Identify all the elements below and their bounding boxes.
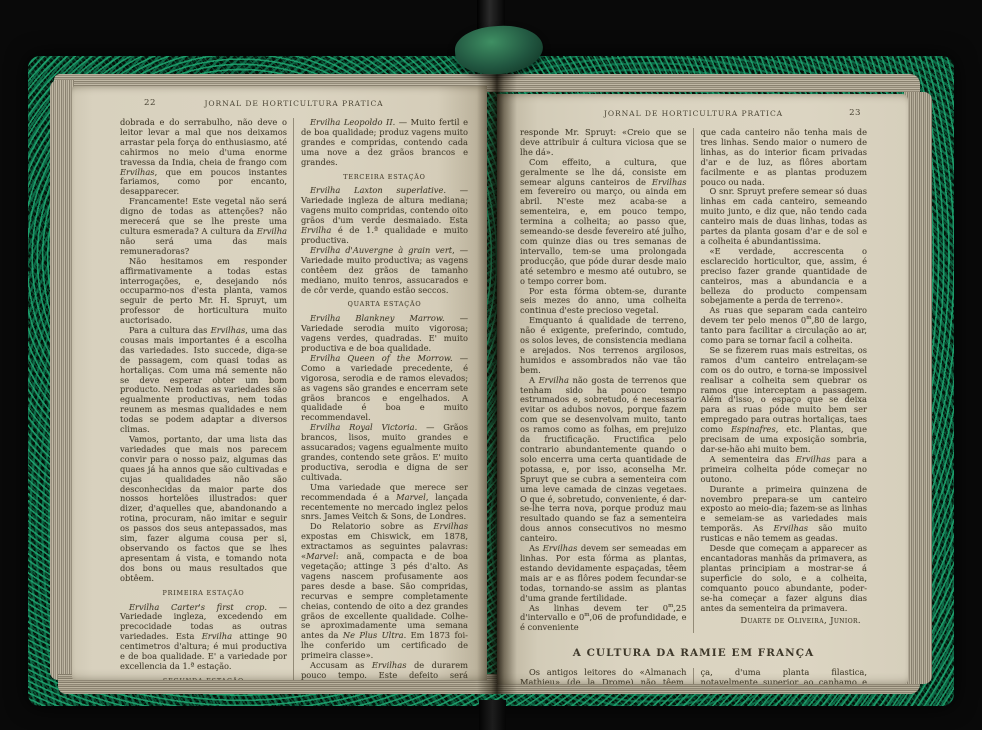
paragraph: As linhas devem ter 0m,25 d'intervallo e… xyxy=(520,604,687,634)
paragraph: Emquanto á qualidade de terreno, não é e… xyxy=(520,316,687,375)
book-photo-scene: 22 JORNAL DE HORTICULTURA PRATICA dobrad… xyxy=(0,0,982,730)
second-article: A CULTURA DA RAMIE EM FRANÇA Os antigos … xyxy=(520,647,867,684)
page-number-left: 22 xyxy=(144,98,156,108)
right-page: JORNAL DE HORTICULTURA PRATICA 23 respon… xyxy=(497,94,908,684)
running-title-left: JORNAL DE HORTICULTURA PRATICA xyxy=(204,98,383,108)
paragraph: As ruas que separam cada canteiro devem … xyxy=(701,306,868,346)
paragraph: responde Mr. Spruyt: «Creio que se deve … xyxy=(520,128,687,158)
text-column: Os antigos leitores do «Almanach Mathieu… xyxy=(520,668,687,684)
station-heading: QUARTA ESTAÇÃO xyxy=(301,300,468,310)
paragraph: Do Relatorio sobre as Ervilhas expostas … xyxy=(301,522,468,661)
text-column: que cada canteiro não tenha mais de tres… xyxy=(693,128,868,633)
paragraph: Ervilha Royal Victoria. — Grãos brancos,… xyxy=(301,423,468,482)
page-stack-edge-right xyxy=(904,92,932,684)
page-number-right: 23 xyxy=(849,108,861,118)
paragraph: Se se fizerem ruas mais estreitas, os ra… xyxy=(701,346,868,455)
paragraph: Accusam as Ervilhas de durarem pouco tem… xyxy=(301,661,468,680)
left-page: 22 JORNAL DE HORTICULTURA PRATICA dobrad… xyxy=(72,86,487,680)
text-column: Ervilha Leopoldo II. — Muito fertil e de… xyxy=(293,118,468,680)
paragraph: A Ervilha não gosta de terrenos que tenh… xyxy=(520,376,687,544)
paragraph: Os antigos leitores do «Almanach Mathieu… xyxy=(520,668,687,684)
text-column: ça, d'uma planta filastica, notavelmente… xyxy=(693,668,868,684)
station-heading: SEGUNDA ESTAÇÃO xyxy=(120,677,287,680)
paragraph: ça, d'uma planta filastica, notavelmente… xyxy=(701,668,868,684)
author-signature: Duarte de Oliveira, Junior. xyxy=(701,616,868,626)
paragraph: Ervilha Blankney Marrow. — Variedade ser… xyxy=(301,314,468,354)
paragraph: Com effeito, a cultura, que geralmente s… xyxy=(520,158,687,287)
paragraph: Desde que começam a apparecer as encanta… xyxy=(701,544,868,613)
text-column: responde Mr. Spruyt: «Creio que se deve … xyxy=(520,128,687,633)
right-page-columns: responde Mr. Spruyt: «Creio que se deve … xyxy=(520,128,867,633)
paragraph: Ervilha Laxton superlative. — Variedade … xyxy=(301,186,468,245)
article-title: A CULTURA DA RAMIE EM FRANÇA xyxy=(520,647,867,659)
station-heading: PRIMEIRA ESTAÇÃO xyxy=(120,589,287,599)
running-title-right: JORNAL DE HORTICULTURA PRATICA xyxy=(604,108,783,118)
paragraph: Ervilha Carter's first crop. — Variedade… xyxy=(120,603,287,672)
paragraph: O snr. Spruyt prefere semear só duas lin… xyxy=(701,187,868,246)
paragraph: Ervilha Queen of the Morrow. — Como a va… xyxy=(301,354,468,423)
station-heading: TERCEIRA ESTAÇÃO xyxy=(301,173,468,183)
left-page-header: 22 JORNAL DE HORTICULTURA PRATICA xyxy=(120,98,468,118)
text-column: dobrada e do serrabulho, não deve o leit… xyxy=(120,118,287,680)
second-article-columns: Os antigos leitores do «Almanach Mathieu… xyxy=(520,668,867,684)
paragraph: Vamos, portanto, dar uma lista das varie… xyxy=(120,435,287,584)
paragraph: Não hesitamos em responder affirmativame… xyxy=(120,257,287,326)
paragraph: Ervilha Leopoldo II. — Muito fertil e de… xyxy=(301,118,468,168)
paragraph: Por esta fórma obtem-se, durante seis me… xyxy=(520,287,687,317)
paragraph: «E verdade, accrescenta o esclarecido ho… xyxy=(701,247,868,306)
paragraph: Uma variedade que merece ser recommendad… xyxy=(301,483,468,523)
paragraph: que cada canteiro não tenha mais de tres… xyxy=(701,128,868,187)
paragraph: A sementeira das Ervilhas para a primeir… xyxy=(701,455,868,485)
right-page-header: JORNAL DE HORTICULTURA PRATICA 23 xyxy=(520,108,867,128)
paragraph: Durante a primeira quinzena de novembro … xyxy=(701,485,868,544)
paragraph: Ervilha d'Auvergne à grain vert, — Varie… xyxy=(301,246,468,296)
book-cradle-strap-bottom xyxy=(479,700,506,730)
left-page-columns: dobrada e do serrabulho, não deve o leit… xyxy=(120,118,468,680)
page-stack-edge-left xyxy=(50,80,74,680)
paragraph: Francamente! Este vegetal não será digno… xyxy=(120,197,287,256)
paragraph: As Ervilhas devem ser semeadas em linhas… xyxy=(520,544,687,603)
paragraph: Para a cultura das Ervilhas, uma das cou… xyxy=(120,326,287,435)
paragraph: dobrada e do serrabulho, não deve o leit… xyxy=(120,118,287,197)
